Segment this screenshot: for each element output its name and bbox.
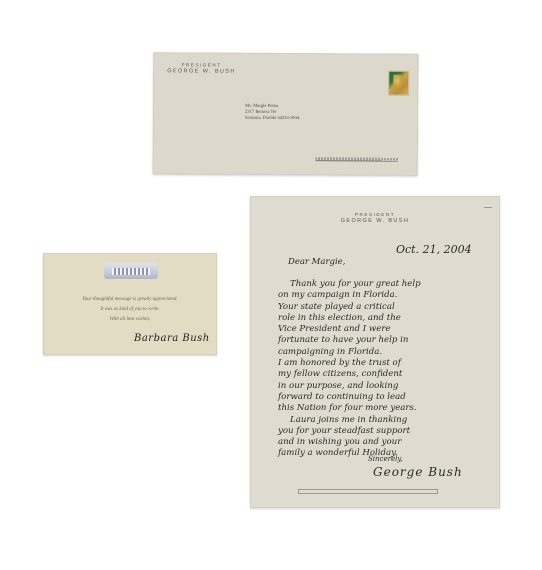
letter-date: Oct. 21, 2004 — [396, 243, 472, 256]
corner-mark — [484, 207, 492, 208]
letter-line: Thank you for your great help — [278, 279, 421, 290]
letter-signature: George Bush — [373, 465, 463, 479]
letter-closing: Sincerely, — [368, 455, 403, 463]
envelope: PRESIDENT GEORGE W. BUSH Ms. Margie Porn… — [153, 52, 419, 176]
letter-line: in our purpose, and looking — [278, 381, 421, 392]
letter-line: this Nation for four more years. — [278, 403, 421, 414]
handwritten-letter: PRESIDENT GEORGE W. BUSH Oct. 21, 2004 D… — [250, 196, 500, 508]
card-message-line: Your thoughtful message is greatly appre… — [43, 295, 217, 305]
letter-letterhead-title: PRESIDENT — [250, 212, 500, 217]
letter-line: on my campaign in Florida. — [278, 290, 421, 301]
postal-barcode — [316, 157, 398, 162]
letter-line: you for your steadfast support — [278, 426, 421, 437]
letter-line: fortunate to have your help in — [278, 335, 421, 346]
card-message-line: It was so kind of you to write. — [43, 305, 217, 315]
letter-line: Laura joins me in thanking — [278, 415, 421, 426]
letter-line: forward to continuing to lead — [278, 392, 421, 403]
letter-footer-disclaimer — [298, 485, 438, 494]
card-signature: Barbara Bush — [134, 333, 210, 344]
envelope-letterhead-name: GEORGE W. BUSH — [167, 68, 236, 74]
letter-line: my fellow citizens, confident — [278, 369, 421, 380]
envelope-letterhead-title: PRESIDENT — [167, 62, 236, 67]
letter-line: I am honored by the trust of — [278, 358, 421, 369]
letter-line: Vice President and I were — [278, 324, 421, 335]
card-message: Your thoughtful message is greatly appre… — [43, 295, 217, 325]
card-message-line: With all best wishes, — [43, 315, 217, 325]
address-line: Sarasota, Florida 34233-3634 — [245, 115, 300, 122]
letter-letterhead-name: GEORGE W. BUSH — [250, 218, 500, 224]
envelope-letterhead: PRESIDENT GEORGE W. BUSH — [167, 62, 236, 74]
letter-line: and in wishing you and your — [278, 437, 421, 448]
letter-line: role in this election, and the — [278, 313, 421, 324]
postage-stamp-icon — [388, 71, 409, 96]
letter-greeting: Dear Margie, — [288, 257, 345, 267]
letter-letterhead: PRESIDENT GEORGE W. BUSH — [250, 212, 500, 224]
thank-you-card: Your thoughtful message is greatly appre… — [43, 253, 217, 355]
mailing-address: Ms. Margie Porna 2317 Benova Ter Sarasot… — [245, 103, 300, 122]
letter-body: Thank you for your great help on my camp… — [278, 279, 421, 460]
letter-line: campaigning in Florida. — [278, 347, 421, 358]
letter-line: Your state played a critical — [278, 302, 421, 313]
white-house-engraving-icon — [104, 263, 158, 279]
